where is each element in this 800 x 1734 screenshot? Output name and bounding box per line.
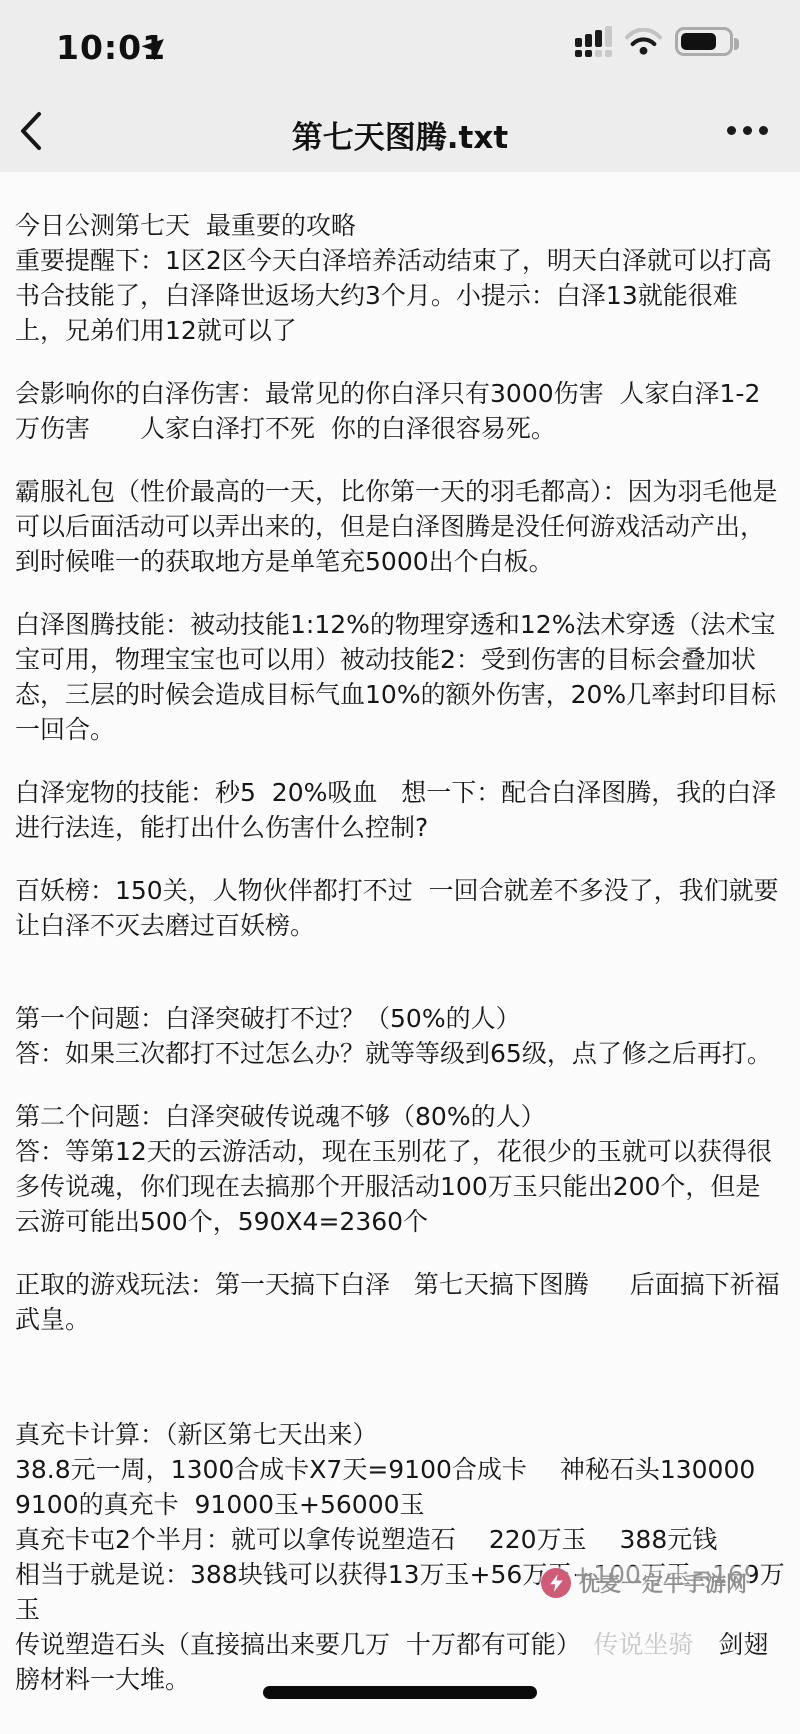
text-line: 重要提醒下：1区2区今天白泽培养活动结束了，明天白泽就可以打高书合技能了，白泽降… bbox=[15, 243, 785, 348]
paragraph: 正取的游戏玩法：第一天搞下白泽 第七天搞下图腾 后面搞下祈福武皇。 bbox=[15, 1267, 785, 1337]
cellular-signal-icon bbox=[575, 26, 612, 57]
paragraph: 霸服礼包（性价最高的一天，比你第一天的羽毛都高）：因为羽毛他是可以后面活动可以弄… bbox=[15, 474, 785, 579]
paragraph: 会影响你的白泽伤害：最常见的你白泽只有3000伤害 人家白泽1-2万伤害 人家白… bbox=[15, 376, 785, 446]
battery-icon bbox=[675, 27, 733, 56]
watermark-ghost-text: 传说坐骑 bbox=[593, 1630, 693, 1659]
text-line: 真充卡计算：（新区第七天出来） bbox=[15, 1417, 785, 1452]
dot bbox=[743, 126, 752, 135]
text-line: 第一个问题：白泽突破打不过？（50%的人） bbox=[15, 1001, 785, 1036]
more-options-button[interactable] bbox=[727, 126, 768, 135]
text-line: 答：等第12天的云游活动，现在玉别花了，花很少的玉就可以获得很多传说魂，你们现在… bbox=[15, 1134, 785, 1239]
nav-bar: 第七天图腾.txt bbox=[0, 90, 800, 172]
location-arrow-icon bbox=[142, 34, 168, 60]
text-line: 答：如果三次都打不过怎么办？就等等级到65级，点了修之后再打。 bbox=[15, 1036, 785, 1071]
page-title: 第七天图腾.txt bbox=[100, 112, 700, 157]
text-line: 白泽宠物的技能：秒5 20%吸血 想一下：配合白泽图腾，我的白泽进行法连，能打出… bbox=[15, 775, 785, 845]
paragraph: 白泽图腾技能：被动技能1:12%的物理穿透和12%法术穿透（法术宝宝可用，物理宝… bbox=[15, 607, 785, 747]
text-line: 第二个问题：白泽突破传说魂不够（80%的人） bbox=[15, 1099, 785, 1134]
back-button[interactable] bbox=[18, 110, 44, 152]
watermark-lightning-icon bbox=[541, 1568, 571, 1598]
watermark-brand: 优麦一定牛手游网 bbox=[576, 1566, 750, 1600]
text-segment: 传说塑造石头（直接搞出来要几万 十万都有可能） bbox=[15, 1630, 593, 1659]
paragraph: 真充卡计算：（新区第七天出来） 38.8元一周，1300合成卡X7天=9100合… bbox=[15, 1417, 785, 1697]
dot bbox=[759, 126, 768, 135]
status-icons bbox=[575, 26, 733, 57]
text-line: 会影响你的白泽伤害：最常见的你白泽只有3000伤害 人家白泽1-2万伤害 人家白… bbox=[15, 376, 785, 446]
phone-screen: 10:01 第七天图腾.txt bbox=[0, 0, 800, 1734]
text-line: 百妖榜：150关，人物伙伴都打不过 一回合就差不多没了，我们就要让白泽不灭去磨过… bbox=[15, 873, 785, 943]
paragraph: 白泽宠物的技能：秒5 20%吸血 想一下：配合白泽图腾，我的白泽进行法连，能打出… bbox=[15, 775, 785, 845]
paragraph: 第二个问题：白泽突破传说魂不够（80%的人） 答：等第12天的云游活动，现在玉别… bbox=[15, 1099, 785, 1239]
status-bar: 10:01 bbox=[0, 0, 800, 90]
paragraph: 百妖榜：150关，人物伙伴都打不过 一回合就差不多没了，我们就要让白泽不灭去磨过… bbox=[15, 873, 785, 943]
text-line: 真充卡屯2个半月：就可以拿传说塑造石 220万玉 388元钱 bbox=[15, 1522, 785, 1557]
paragraph: 第一个问题：白泽突破打不过？（50%的人） 答：如果三次都打不过怎么办？就等等级… bbox=[15, 1001, 785, 1071]
paragraph: 今日公测第七天 最重要的攻略 重要提醒下：1区2区今天白泽培养活动结束了，明天白… bbox=[15, 208, 785, 348]
dot bbox=[727, 126, 736, 135]
text-line: 38.8元一周，1300合成卡X7天=9100合成卡 神秘石头130000 bbox=[15, 1452, 785, 1487]
wifi-icon bbox=[625, 28, 662, 56]
home-indicator[interactable] bbox=[263, 1686, 537, 1699]
text-line: 今日公测第七天 最重要的攻略 bbox=[15, 208, 785, 243]
text-line: 9100的真充卡 91000玉+56000玉 bbox=[15, 1487, 785, 1522]
battery-level bbox=[681, 33, 716, 50]
text-line: 霸服礼包（性价最高的一天，比你第一天的羽毛都高）：因为羽毛他是可以后面活动可以弄… bbox=[15, 474, 785, 579]
text-line: 白泽图腾技能：被动技能1:12%的物理穿透和12%法术穿透（法术宝宝可用，物理宝… bbox=[15, 607, 785, 747]
text-line: 正取的游戏玩法：第一天搞下白泽 第七天搞下图腾 后面搞下祈福武皇。 bbox=[15, 1267, 785, 1337]
battery-nub bbox=[734, 38, 739, 50]
site-watermark: 优麦一定牛手游网 bbox=[541, 1566, 750, 1600]
document-body: 今日公测第七天 最重要的攻略 重要提醒下：1区2区今天白泽培养活动结束了，明天白… bbox=[0, 172, 800, 1734]
